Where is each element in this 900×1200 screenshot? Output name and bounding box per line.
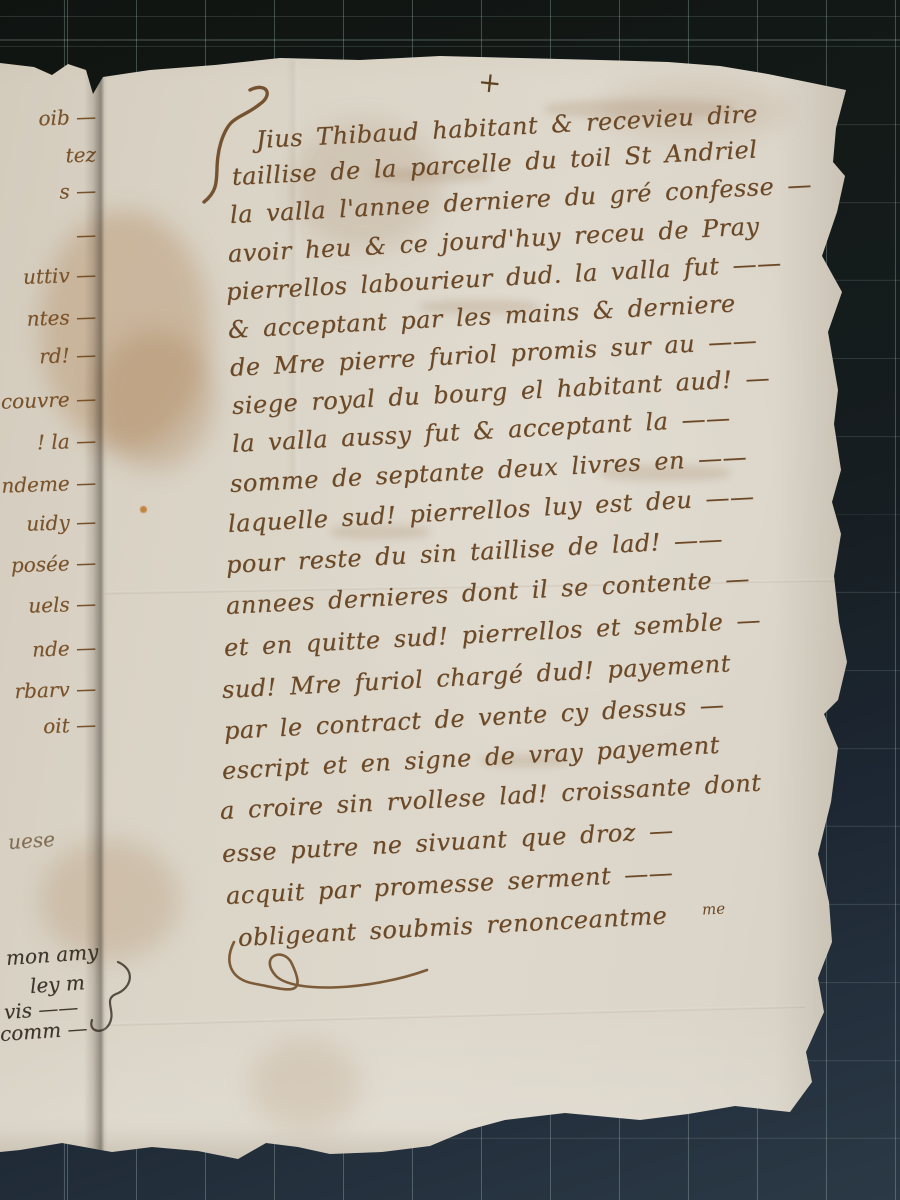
manuscript-line: esse putre ne sivuant que droz —: [221, 816, 674, 868]
left-page-line-ending: tez: [0, 142, 96, 169]
stain: [95, 330, 215, 470]
cross-mark: +: [476, 65, 503, 100]
faded-annotation: uese: [7, 827, 55, 854]
left-page-line-ending: ntes —: [0, 304, 96, 331]
fold-crease: [84, 58, 108, 1156]
left-page-line-ending: uels —: [0, 591, 96, 618]
left-page-line-ending: ndeme —: [0, 470, 96, 497]
left-page-line-ending: uttiv —: [0, 262, 96, 289]
left-page-line-ending: uidy —: [0, 509, 96, 536]
left-page-line-ending: rd! —: [0, 342, 96, 369]
left-page-line-ending: couvre —: [0, 386, 96, 413]
manuscript-line: acquit par promesse serment ——: [225, 859, 674, 910]
superscript-abbreviation: me: [702, 899, 726, 918]
left-page-line-ending: rbarv —: [0, 676, 96, 703]
left-page-line-ending: s —: [0, 178, 96, 205]
manuscript-photo: + Jius Thibaud habitant & recevieu dire …: [0, 0, 900, 1200]
later-annotation-line: comm —: [0, 1016, 88, 1046]
ink-spot: [140, 506, 147, 513]
left-page-line-ending: oit —: [0, 712, 96, 739]
left-page-line-ending: nde —: [0, 635, 96, 662]
background-seam-line: [0, 39, 900, 41]
stain: [250, 1040, 360, 1130]
left-page-line-ending: posée —: [0, 550, 96, 577]
left-page-line-ending: oib —: [0, 104, 96, 131]
left-page-line-ending: ! la —: [0, 428, 96, 455]
manuscript-page: + Jius Thibaud habitant & recevieu dire …: [0, 0, 900, 1200]
closing-flourish: [222, 928, 452, 1018]
left-page-line-ending: —: [0, 222, 96, 249]
horizontal-fold-crease: [105, 1005, 805, 1026]
